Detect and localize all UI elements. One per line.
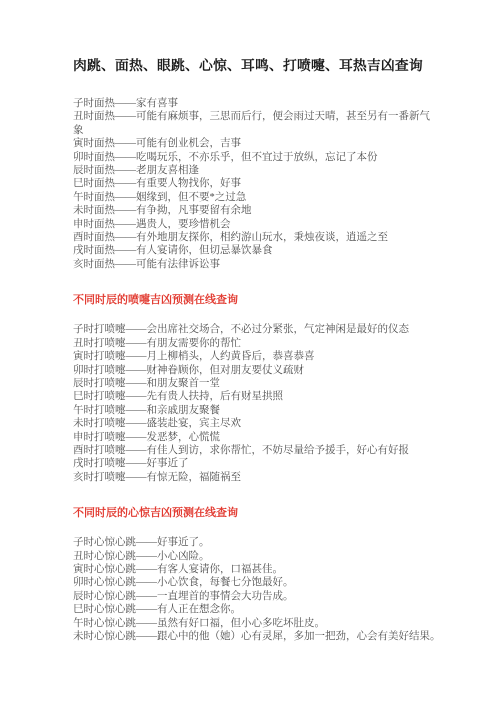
- entry-separator: ——: [136, 591, 157, 602]
- entry-result: 可能有法律诉讼事: [136, 259, 220, 270]
- entry-result: 发恶梦，心慌慌: [147, 432, 221, 443]
- entry-result: 小心凶险。: [157, 551, 210, 562]
- entry-time-label: 辰时面热: [73, 165, 115, 176]
- entry-line: 巳时打喷嚏——先有贵人扶持，后有财星拱照: [73, 390, 445, 403]
- entry-line: 巳时面热——有重要人物找你，好事: [73, 177, 433, 190]
- entry-time-label: 巳时心惊心跳: [73, 604, 136, 615]
- entry-result: 好事近了: [147, 458, 189, 469]
- entry-separator: ——: [115, 205, 136, 216]
- entry-separator: ——: [115, 111, 136, 122]
- entry-separator: ——: [136, 537, 157, 548]
- entry-separator: ——: [115, 219, 136, 230]
- entry-line: 丑时打喷嚏——有朋友需要你的帮忙: [73, 337, 445, 350]
- entry-time-label: 辰时心惊心跳: [73, 591, 136, 602]
- entry-time-label: 申时打喷嚏: [73, 432, 126, 443]
- entry-time-label: 丑时心惊心跳: [73, 551, 136, 562]
- entry-line: 戌时面热——有人宴请你，但切忌暴饮暴食: [73, 244, 433, 257]
- entry-time-label: 辰时打喷嚏: [73, 378, 126, 389]
- entry-line: 酉时打喷嚏——有佳人到访，求你帮忙，不妨尽量给予援手，好心有好报: [73, 444, 445, 457]
- entry-result: 一直埋首的事情会大功告成。: [157, 591, 294, 602]
- entry-line: 寅时心惊心跳——有客人宴请你，口福甚佳。: [73, 563, 445, 576]
- entry-result: 遇贵人，要珍惜机会: [136, 219, 231, 230]
- entry-separator: ——: [136, 577, 157, 588]
- entry-line: 辰时面热——老朋友喜相逢: [73, 164, 433, 177]
- entry-line: 未时心惊心跳——跟心中的他（她）心有灵犀，多加一把劲，心会有美好结果。: [73, 630, 445, 643]
- entry-separator: ——: [126, 418, 147, 429]
- entry-line: 午时心惊心跳——虽然有好口福，但小心多吃坏肚皮。: [73, 617, 445, 630]
- entry-line: 辰时打喷嚏——和朋友聚首一堂: [73, 377, 445, 390]
- entry-line: 辰时心惊心跳——一直埋首的事情会大功告成。: [73, 590, 445, 603]
- entry-result: 小心饮食，每餐七分饱最好。: [157, 577, 294, 588]
- entry-time-label: 巳时面热: [73, 178, 115, 189]
- section-xinjing: 不同时辰的心惊吉凶预测在线查询子时心惊心跳——好事近了。丑时心惊心跳——小心凶险…: [73, 506, 452, 643]
- entry-line: 未时打喷嚏——盛装赴宴，宾主尽欢: [73, 417, 445, 430]
- entry-line: 丑时心惊心跳——小心凶险。: [73, 550, 445, 563]
- entry-separator: ——: [126, 365, 147, 376]
- entry-result: 盛装赴宴，宾主尽欢: [147, 418, 242, 429]
- entry-result: 虽然有好口福，但小心多吃坏肚皮。: [157, 618, 325, 629]
- entry-separator: ——: [115, 259, 136, 270]
- entry-time-label: 午时打喷嚏: [73, 405, 126, 416]
- entry-time-label: 午时面热: [73, 192, 115, 203]
- entry-result: 有争拗，凡事要留有余地: [136, 205, 252, 216]
- entry-time-label: 寅时心惊心跳: [73, 564, 136, 575]
- entry-time-label: 寅时面热: [73, 138, 115, 149]
- entry-list: 子时打喷嚏——会出席社交场合，不必过分紧张，气定神闲是最好的仪态丑时打喷嚏——有…: [73, 323, 445, 484]
- entry-line: 酉时面热——有外地朋友探你，相约游山玩水，秉烛夜谈，逍遥之至: [73, 231, 433, 244]
- section-heading: 不同时辰的喷嚏吉凶预测在线查询: [73, 293, 452, 307]
- entry-separator: ——: [115, 98, 136, 109]
- entry-result: 有客人宴请你，口福甚佳。: [157, 564, 283, 575]
- entry-separator: ——: [126, 458, 147, 469]
- entry-time-label: 卯时打喷嚏: [73, 365, 126, 376]
- entry-result: 和朋友聚首一堂: [147, 378, 221, 389]
- section-heading: 不同时辰的心惊吉凶预测在线查询: [73, 506, 452, 520]
- entry-time-label: 子时打喷嚏: [73, 324, 126, 335]
- section-penti: 不同时辰的喷嚏吉凶预测在线查询子时打喷嚏——会出席社交场合，不必过分紧张，气定神…: [73, 293, 452, 484]
- document-page: 肉跳、面热、眼跳、心惊、耳鸣、打喷嚏、耳热吉凶查询 子时面热——家有喜事丑时面热…: [0, 0, 500, 708]
- entry-result: 有人正在想念你。: [157, 604, 241, 615]
- entry-line: 卯时心惊心跳——小心饮食，每餐七分饱最好。: [73, 576, 445, 589]
- entry-separator: ——: [126, 378, 147, 389]
- entry-result: 有佳人到访，求你帮忙，不妨尽量给予援手，好心有好报: [147, 445, 410, 456]
- entry-line: 丑时面热——可能有麻烦事，三思而后行，便会雨过天晴，甚至另有一番新气象: [73, 110, 433, 137]
- entry-time-label: 子时心惊心跳: [73, 537, 136, 548]
- entry-separator: ——: [136, 604, 157, 615]
- entry-list: 子时心惊心跳——好事近了。丑时心惊心跳——小心凶险。寅时心惊心跳——有客人宴请你…: [73, 536, 445, 643]
- page-title: 肉跳、面热、眼跳、心惊、耳鸣、打喷嚏、耳热吉凶查询: [73, 56, 452, 75]
- entry-separator: ——: [115, 178, 136, 189]
- entry-line: 寅时打喷嚏——月上柳梢头，人约黄昏后，恭喜恭喜: [73, 350, 445, 363]
- entry-time-label: 酉时打喷嚏: [73, 445, 126, 456]
- entry-result: 家有喜事: [136, 98, 178, 109]
- entry-separator: ——: [136, 631, 157, 642]
- entry-separator: ——: [126, 445, 147, 456]
- entry-line: 寅时面热——可能有创业机会，吉事: [73, 137, 433, 150]
- entry-result: 财神眷顾你，但对朋友要仗义疏财: [147, 365, 305, 376]
- entry-result: 吃喝玩乐，不亦乐乎，但不宜过于放纵，忘记了本份: [136, 152, 378, 163]
- entry-time-label: 申时面热: [73, 219, 115, 230]
- entry-result: 月上柳梢头，人约黄昏后，恭喜恭喜: [147, 351, 315, 362]
- entry-line: 子时打喷嚏——会出席社交场合，不必过分紧张，气定神闲是最好的仪态: [73, 323, 445, 336]
- entry-time-label: 未时心惊心跳: [73, 631, 136, 642]
- entry-result: 跟心中的他（她）心有灵犀，多加一把劲，心会有美好结果。: [157, 631, 441, 642]
- entry-separator: ——: [115, 152, 136, 163]
- entry-result: 有惊无险，福随祸至: [147, 472, 242, 483]
- entry-line: 未时面热——有争拗，凡事要留有余地: [73, 204, 433, 217]
- entry-time-label: 酉时面热: [73, 232, 115, 243]
- entry-result: 有外地朋友探你，相约游山玩水，秉烛夜谈，逍遥之至: [136, 232, 388, 243]
- entry-time-label: 丑时面热: [73, 111, 115, 122]
- entry-separator: ——: [115, 165, 136, 176]
- entry-separator: ——: [136, 564, 157, 575]
- entry-time-label: 未时打喷嚏: [73, 418, 126, 429]
- entry-line: 戌时打喷嚏——好事近了: [73, 457, 445, 470]
- entry-line: 申时打喷嚏——发恶梦，心慌慌: [73, 431, 445, 444]
- entry-line: 卯时打喷嚏——财神眷顾你，但对朋友要仗义疏财: [73, 364, 445, 377]
- entry-separator: ——: [126, 391, 147, 402]
- entry-time-label: 亥时面热: [73, 259, 115, 270]
- entry-result: 和亲戚朋友聚餐: [147, 405, 221, 416]
- entry-line: 子时心惊心跳——好事近了。: [73, 536, 445, 549]
- entry-result: 有朋友需要你的帮忙: [147, 338, 242, 349]
- entry-separator: ——: [126, 351, 147, 362]
- entry-result: 老朋友喜相逢: [136, 165, 199, 176]
- entry-result: 可能有创业机会，吉事: [136, 138, 241, 149]
- entry-list: 子时面热——家有喜事丑时面热——可能有麻烦事，三思而后行，便会雨过天晴，甚至另有…: [73, 97, 433, 271]
- entry-separator: ——: [136, 551, 157, 562]
- entry-separator: ——: [126, 432, 147, 443]
- entry-separator: ——: [115, 192, 136, 203]
- entry-separator: ——: [126, 324, 147, 335]
- entry-line: 亥时打喷嚏——有惊无险，福随祸至: [73, 471, 445, 484]
- entry-time-label: 卯时面热: [73, 152, 115, 163]
- entry-time-label: 亥时打喷嚏: [73, 472, 126, 483]
- entry-result: 姻缘到，但不要*之过急: [136, 192, 246, 203]
- entry-line: 午时打喷嚏——和亲戚朋友聚餐: [73, 404, 445, 417]
- entry-line: 申时面热——遇贵人，要珍惜机会: [73, 218, 433, 231]
- entry-time-label: 戌时面热: [73, 245, 115, 256]
- entry-separator: ——: [115, 138, 136, 149]
- entry-time-label: 丑时打喷嚏: [73, 338, 126, 349]
- entry-time-label: 巳时打喷嚏: [73, 391, 126, 402]
- entry-separator: ——: [126, 472, 147, 483]
- entry-result: 有重要人物找你，好事: [136, 178, 241, 189]
- entry-separator: ——: [136, 618, 157, 629]
- entry-time-label: 寅时打喷嚏: [73, 351, 126, 362]
- entry-separator: ——: [115, 245, 136, 256]
- entry-time-label: 卯时心惊心跳: [73, 577, 136, 588]
- entry-line: 亥时面热——可能有法律诉讼事: [73, 258, 433, 271]
- entry-result: 会出席社交场合，不必过分紧张，气定神闲是最好的仪态: [147, 324, 410, 335]
- entry-line: 子时面热——家有喜事: [73, 97, 433, 110]
- entry-line: 午时面热——姻缘到，但不要*之过急: [73, 191, 433, 204]
- entry-time-label: 戌时打喷嚏: [73, 458, 126, 469]
- entry-separator: ——: [126, 338, 147, 349]
- document-body: 子时面热——家有喜事丑时面热——可能有麻烦事，三思而后行，便会雨过天晴，甚至另有…: [73, 97, 452, 643]
- entry-time-label: 未时面热: [73, 205, 115, 216]
- entry-line: 巳时心惊心跳——有人正在想念你。: [73, 603, 445, 616]
- entry-result: 有人宴请你，但切忌暴饮暴食: [136, 245, 273, 256]
- entry-line: 卯时面热——吃喝玩乐，不亦乐乎，但不宜过于放纵，忘记了本份: [73, 151, 433, 164]
- document-content: 肉跳、面热、眼跳、心惊、耳鸣、打喷嚏、耳热吉凶查询 子时面热——家有喜事丑时面热…: [0, 0, 500, 643]
- section-mianre: 子时面热——家有喜事丑时面热——可能有麻烦事，三思而后行，便会雨过天晴，甚至另有…: [73, 97, 452, 271]
- entry-separator: ——: [115, 232, 136, 243]
- entry-time-label: 午时心惊心跳: [73, 618, 136, 629]
- entry-result: 好事近了。: [157, 537, 210, 548]
- entry-separator: ——: [126, 405, 147, 416]
- entry-result: 先有贵人扶持，后有财星拱照: [147, 391, 284, 402]
- entry-time-label: 子时面热: [73, 98, 115, 109]
